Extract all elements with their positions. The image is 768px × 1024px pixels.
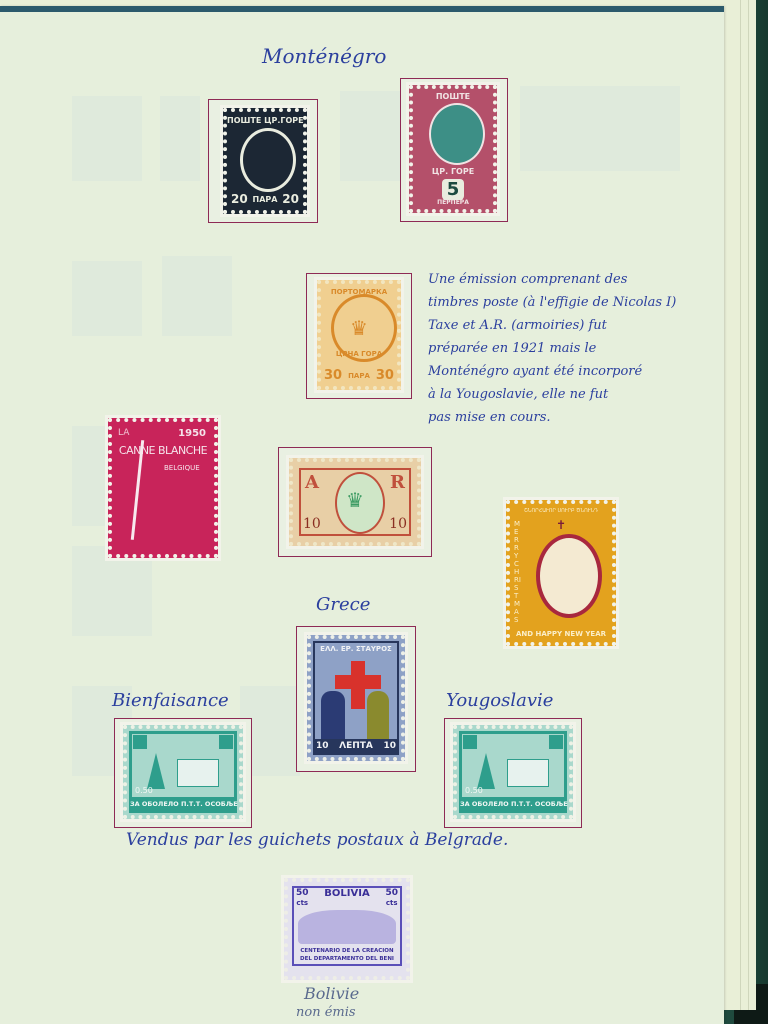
ornament-icon [133,735,147,749]
figure-soldier [367,691,389,741]
ghost-imprint [340,91,400,181]
crown-icon: ♛ [321,316,397,340]
page-top-strip [0,6,724,12]
ghost-imprint [72,426,112,526]
ghost-imprint [72,546,152,636]
stamp-value: 30 [324,368,342,383]
ornament-icon [549,735,563,749]
stamp-mount: ПОРТОМАРКА ♛ ЦРНА ГОРА 30 ПАРА 30 [306,273,412,399]
heading-bolivie: Bolivie [304,986,359,1002]
stamp-text: ЗА ОБОЛЕЛО П.Т.Т. ОСОБЉЕ [130,797,236,811]
red-cross-icon [335,675,381,689]
stamp-unit: cts [385,898,398,908]
stamp-bolivia-beni[interactable]: 50 cts BOLIVIA 50 cts CENTENARIO DE LA C… [284,878,410,980]
stamp-mount: 0.50 ЗА ОБОЛЕЛО П.Т.Т. ОСОБЉЕ [114,718,252,828]
stamp-text: ЦРНА ГОРА [321,350,397,358]
ornament-icon [463,735,477,749]
stamp-value: 0.50 [135,786,153,795]
note-line: préparée en 1921 mais le [428,337,676,360]
stamp-value: 10 [316,741,329,751]
stamp-text: ΕΛΛ. ΕΡ. ΣΤΑΥΡΟΣ [311,645,401,653]
portrait-oval [429,103,485,165]
fir-tree-icon [477,753,495,789]
handwritten-footer-note: Vendus par les guichets postaux à Belgra… [126,832,508,849]
stamp-yugoslavia-bienfaisance-1[interactable]: 0.50 ЗА ОБОЛЕЛО П.Т.Т. ОСОБЉЕ [123,725,243,819]
stamp-text: ПОШТЕ [413,92,493,101]
stamp-value: 20 [282,192,299,206]
ghost-imprint [162,256,232,336]
stamp-currency: ПАРА [253,192,278,206]
note-line: Taxe et A.R. (armoiries) fut [428,314,676,337]
note-line: Monténégro ayant été incorporé [428,360,676,383]
stamp-value: 20 [231,192,248,206]
crown-icon: ♛ [293,488,417,512]
stamp-text: CENTENARIO DE LA CREACION [288,948,406,954]
stamp-text: ПЕРПЕРА [413,199,493,206]
stamp-value: 0.50 [465,786,483,795]
stamp-value: 10 [303,516,321,532]
caption-non-emis: non émis [296,1006,356,1019]
landscape-vignette [298,910,396,944]
fir-tree-icon [147,753,165,789]
stamp-yugoslavia-bienfaisance-2[interactable]: 0.50 ЗА ОБОЛЕЛО П.Т.Т. ОСОБЉЕ [453,725,573,819]
stamp-montenegro-ar-10[interactable]: A R ♛ 10 10 [289,458,421,546]
handwritten-note: Une émission comprenant des timbres post… [428,268,676,429]
building-icon [177,759,219,787]
note-line: à la Yougoslavie, elle ne fut [428,383,676,406]
stamp-mount: ΕΛΛ. ΕΡ. ΣΤΑΥΡΟΣ 10 ΛΕΠΤΑ 10 [296,626,416,772]
stamp-mount: A R ♛ 10 10 [278,447,432,557]
stamp-text: AND HAPPY NEW YEAR [510,630,612,638]
heading-grece: Grece [316,596,370,614]
stamp-montenegro-20-para[interactable]: ПОШТЕ ЦР.ГОРЕ 20 ПАРА 20 [223,108,307,214]
stamp-title: CANNE BLANCHE [112,444,214,457]
stamp-text: ПОШТЕ ЦР.ГОРЕ [227,116,303,125]
stamp-canne-blanche[interactable]: LA 1950 CANNE BLANCHE BELGIQUE [108,418,218,558]
heading-bienfaisance: Bienfaisance [112,692,229,710]
building-icon [507,759,549,787]
stamp-value: 30 [376,368,394,383]
note-line: Une émission comprenant des [428,268,676,291]
stamp-value: 10 [389,516,407,532]
cross-icon: ✝ [510,518,612,532]
ghost-imprint [520,86,680,171]
stamp-text: ՇՆՈՐՀԱՒՈՐ ՍՈՒՐԲ ԾՆՈՒՆԴ [510,508,612,514]
stamp-text: LA [118,428,129,438]
stamp-mount: ПОШТЕ ЦР.ГОРЕ 20 ПАРА 20 [208,99,318,223]
stamp-montenegro-5-perpera[interactable]: ПОШТЕ ЦР. ГОРЕ 5 ПЕРПЕРА [409,85,497,213]
note-line: timbres poste (à l'effigie de Nicolas I) [428,291,676,314]
heading-yougoslavie: Yougoslavie [446,692,553,710]
heading-montenegro: Monténégro [262,46,386,66]
stamp-text: ЗА ОБОЛЕЛО П.Т.Т. ОСОБЉЕ [460,797,566,811]
stamp-country: BELGIQUE [164,464,200,472]
stamp-value: 50 [385,888,398,898]
stamp-text: DEL DEPARTAMENTO DEL BENI [288,956,406,962]
stamp-greece-red-cross[interactable]: ΕΛΛ. ΕΡ. ΣΤΑΥΡΟΣ 10 ΛΕΠΤΑ 10 [307,635,405,761]
stamp-text: ПОРТОМАРКА [321,288,397,296]
portrait-oval [240,128,296,192]
stamp-year: 1950 [178,428,206,439]
figure-nurse [321,691,345,741]
stamp-value: 10 [383,741,396,751]
ornament-icon [219,735,233,749]
stamp-mount: 0.50 ЗА ОБОЛЕЛО П.Т.Т. ОСОБЉЕ [444,718,582,828]
ghost-imprint [72,261,142,336]
album-page: Monténégro ПОШТЕ ЦР.ГОРЕ 20 ПАРА 20 ПОШТ… [0,6,724,1024]
stamp-armenian-christmas-seal[interactable]: ՇՆՈՐՀԱՒՈՐ ՍՈՒՐԲ ԾՆՈՒՆԴ MERRY CHRISTMAS ✝… [506,500,616,646]
ghost-imprint [72,96,142,181]
stamp-unit: cts [296,898,309,908]
stamp-text: ЦР. ГОРЕ [413,167,493,176]
stamp-mount: ПОШТЕ ЦР. ГОРЕ 5 ПЕРПЕРА [400,78,508,222]
crest-emblem [536,534,602,618]
stamp-currency: ΛΕΠΤΑ [339,741,373,751]
ghost-imprint [160,96,200,181]
stamp-text: MERRY CHRISTMAS [514,520,522,624]
stamp-currency: ПАРА [348,368,370,383]
note-line: pas mise en cours. [428,406,676,429]
stamp-montenegro-30-para[interactable]: ПОРТОМАРКА ♛ ЦРНА ГОРА 30 ПАРА 30 [317,280,401,390]
stamp-value: 5 [442,179,465,200]
